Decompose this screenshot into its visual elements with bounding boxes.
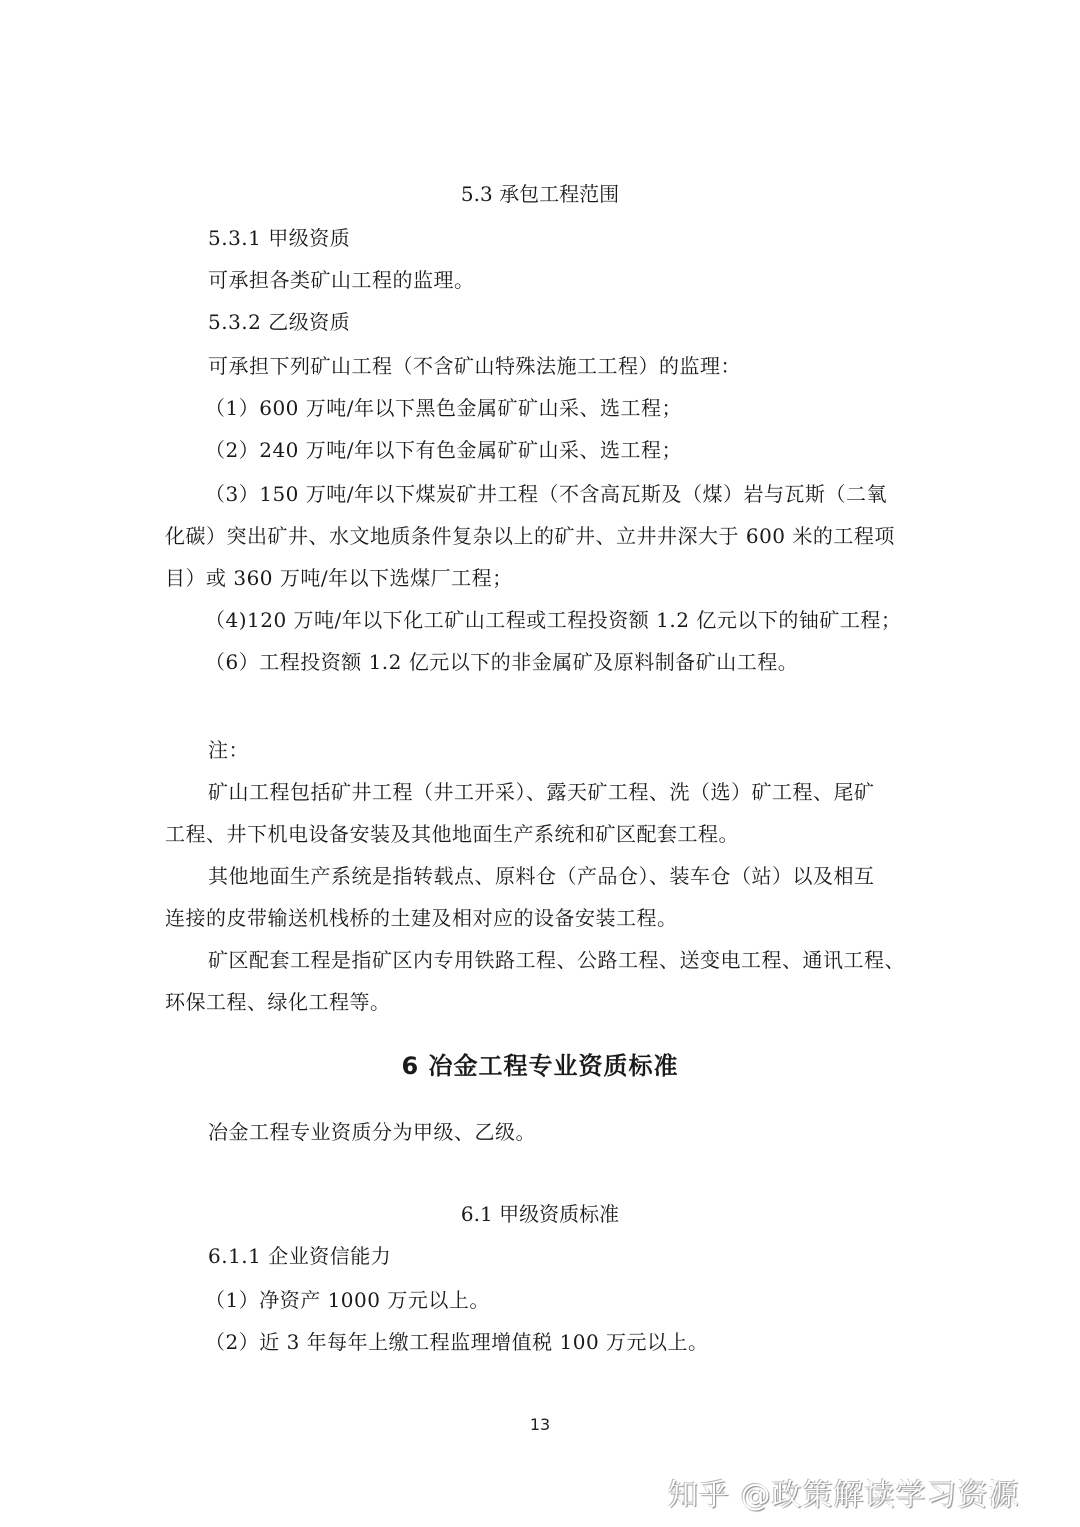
section-heading-6-1: 6.1 甲级资质标准 — [0, 1200, 1080, 1228]
list-item: （2）240 万吨/年以下有色金属矿矿山采、选工程； — [205, 436, 682, 464]
note-line: 工程、井下机电设备安装及其他地面生产系统和矿区配套工程。 — [165, 820, 739, 848]
list-item: （6）工程投资额 1.2 亿元以下的非金属矿及原料制备矿山工程。 — [205, 648, 798, 676]
list-item-continuation: 化碳）突出矿井、水文地质条件复杂以上的矿井、立井井深大于 600 米的工程项 — [165, 522, 895, 550]
paragraph: 可承担各类矿山工程的监理。 — [208, 266, 475, 294]
list-item: （2）近 3 年每年上缴工程监理增值税 100 万元以上。 — [205, 1328, 709, 1356]
paragraph: 可承担下列矿山工程（不含矿山特殊法施工工程）的监理： — [208, 352, 741, 380]
note-line: 矿山工程包括矿井工程（井工开采）、露天矿工程、洗（选）矿工程、尾矿 — [208, 778, 875, 806]
chapter-heading-6: 6 冶金工程专业资质标准 — [0, 1050, 1080, 1082]
list-item: （3）150 万吨/年以下煤炭矿井工程（不含高瓦斯及（煤）岩与瓦斯（二氧 — [205, 480, 887, 508]
note-label: 注： — [208, 736, 249, 764]
section-heading-5-3: 5.3 承包工程范围 — [0, 180, 1080, 208]
note-line: 环保工程、绿化工程等。 — [165, 988, 391, 1016]
subsection-heading-5-3-2: 5.3.2 乙级资质 — [208, 308, 350, 336]
watermark: 知乎 @政策解读学习资源 — [668, 1470, 1020, 1514]
list-item: （4)120 万吨/年以下化工矿山工程或工程投资额 1.2 亿元以下的铀矿工程； — [205, 606, 901, 634]
paragraph: 冶金工程专业资质分为甲级、乙级。 — [208, 1118, 536, 1146]
note-line: 连接的皮带输送机栈桥的土建及相对应的设备安装工程。 — [165, 904, 678, 932]
subsection-heading-6-1-1: 6.1.1 企业资信能力 — [208, 1242, 391, 1270]
note-line: 其他地面生产系统是指转载点、原料仓（产品仓）、装车仓（站）以及相互 — [208, 862, 875, 890]
note-line: 矿区配套工程是指矿区内专用铁路工程、公路工程、送变电工程、通讯工程、 — [208, 946, 905, 974]
page-number: 13 — [0, 1415, 1080, 1434]
list-item: （1）净资产 1000 万元以上。 — [205, 1286, 490, 1314]
list-item-continuation: 目）或 360 万吨/年以下选煤厂工程； — [165, 564, 513, 592]
list-item: （1）600 万吨/年以下黑色金属矿矿山采、选工程； — [205, 394, 682, 422]
subsection-heading-5-3-1: 5.3.1 甲级资质 — [208, 224, 350, 252]
